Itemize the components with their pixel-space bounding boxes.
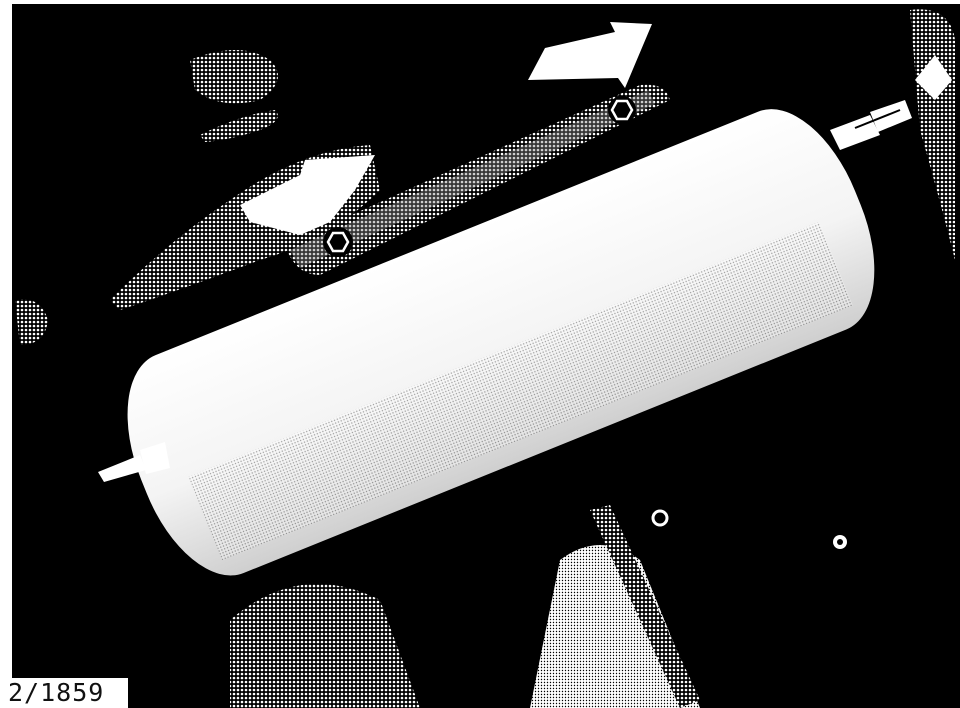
upper-bolt — [608, 96, 636, 124]
figure-label: 2/1859 — [0, 678, 128, 708]
lower-bolt — [323, 227, 353, 257]
photograph — [0, 0, 960, 708]
